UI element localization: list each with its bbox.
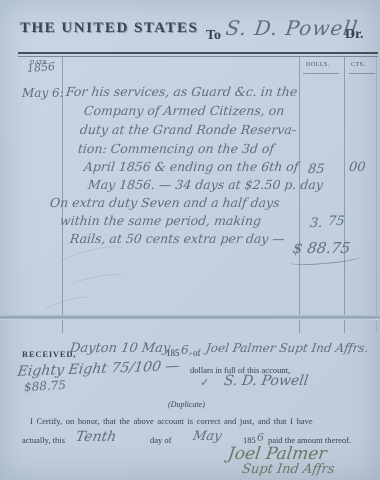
amount-dollars: 3. <box>309 216 323 231</box>
entry-description-line: May 1856. — 34 days at $2.50 p. day <box>87 177 324 192</box>
entry-description-line: For his services, as Guard &c. in the <box>65 84 298 99</box>
received-label: RECEIVED, <box>22 349 76 359</box>
receipt-payer-handwritten: Joel Palmer Supt Ind Affrs. <box>205 341 369 355</box>
receipt-year-handwritten: 6, <box>181 343 192 357</box>
certification-signature-handwritten: Joel Palmer <box>227 444 328 464</box>
duplicate-label: (Duplicate) <box>168 400 205 409</box>
dr-label: Dr. <box>345 27 364 43</box>
entry-description-line: duty at the Grand Ronde Reserva- <box>79 122 297 137</box>
certification-actually-label: actually, this <box>22 435 65 445</box>
entry-description-line: Company of Armed Citizens, on <box>83 103 285 118</box>
column-header-dollars: DOLLS. <box>306 62 330 68</box>
column-underline-cents <box>349 73 375 74</box>
entry-date-handwritten: May 6: <box>22 86 64 100</box>
amount-cents: 00 <box>348 160 366 175</box>
fold-crease <box>0 315 380 320</box>
receipt-of-label: of <box>193 348 201 358</box>
certification-day-of-label: day of <box>150 435 171 445</box>
check-mark-icon: ✓ <box>200 376 209 389</box>
entry-description-line: Rails, at 50 cents extra per day — <box>69 231 285 246</box>
receipt-amount-figures-handwritten: $88.75 <box>24 378 67 394</box>
column-underline-dollars <box>303 73 339 74</box>
receipt-year-printed: 185 <box>166 348 180 358</box>
entry-description-line: within the same period, making <box>59 213 262 228</box>
entry-year-handwritten: 1856 <box>27 60 56 75</box>
header-rule-thin <box>18 56 378 57</box>
ink-bleed-mark <box>67 271 128 294</box>
receipt-signature-handwritten: S. D. Powell <box>223 373 309 389</box>
header-rule-thick <box>18 52 378 54</box>
certification-day-handwritten: Tenth <box>75 429 118 445</box>
entry-description-line: tion: Commencing on the 3d of <box>77 141 275 156</box>
entry-description-line: April 1856 & ending on the 6th of <box>83 159 299 174</box>
column-header-cents: CTS. <box>351 62 366 68</box>
entry-description-line: On extra duty Seven and a half days <box>49 195 280 210</box>
amount-cents: 75 <box>327 214 345 229</box>
certification-line: I Certify, on honor, that the above acco… <box>30 416 313 426</box>
masthead-united-states: THE UNITED STATES <box>20 20 198 37</box>
payee-name-handwritten: S. D. Powell <box>224 16 360 40</box>
receipt-place-date-handwritten: Dayton 10 May <box>69 341 171 356</box>
table-rule-cents <box>344 57 345 333</box>
amount-dollars: 85 <box>307 162 325 177</box>
ink-bleed-mark <box>54 242 126 273</box>
document-paper: THE UNITED STATES To S. D. Powell Dr. DA… <box>0 0 380 480</box>
table-rule-dollars <box>299 57 300 333</box>
to-label: To <box>206 28 221 44</box>
certification-signature-title-handwritten: Supt Ind Affrs <box>241 462 336 477</box>
table-rule-right <box>376 57 377 333</box>
certification-year-handwritten: 6 <box>257 431 264 444</box>
receipt-amount-words-handwritten: Eighty Eight 75/100 — <box>16 358 180 380</box>
certification-month-handwritten: May <box>192 429 223 444</box>
